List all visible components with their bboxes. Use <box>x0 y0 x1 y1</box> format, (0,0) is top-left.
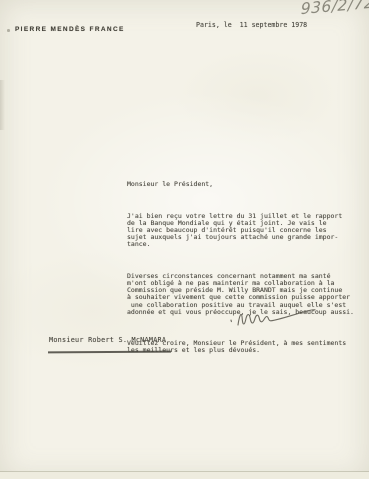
recipient-name: Monsieur Robert S. McNAMARA <box>49 336 166 344</box>
signature-scribble-icon <box>225 302 320 334</box>
scanned-letter-page: 936/2/72 PIERRE MENDÈS FRANCE Paris, le … <box>0 0 369 479</box>
paper-speck <box>7 29 10 32</box>
paragraph-1: J'ai bien reçu votre lettre du 31 juille… <box>127 213 354 249</box>
scan-edge-smudge <box>0 80 5 130</box>
salutation: Monsieur le Président, <box>127 181 354 188</box>
dateline: Paris, le 11 septembre 1978 <box>196 21 307 29</box>
archive-reference-annotation: 936/2/72 <box>301 0 369 18</box>
scan-edge-strip <box>0 472 369 479</box>
letterhead-sender-name: PIERRE MENDÈS FRANCE <box>15 26 125 33</box>
